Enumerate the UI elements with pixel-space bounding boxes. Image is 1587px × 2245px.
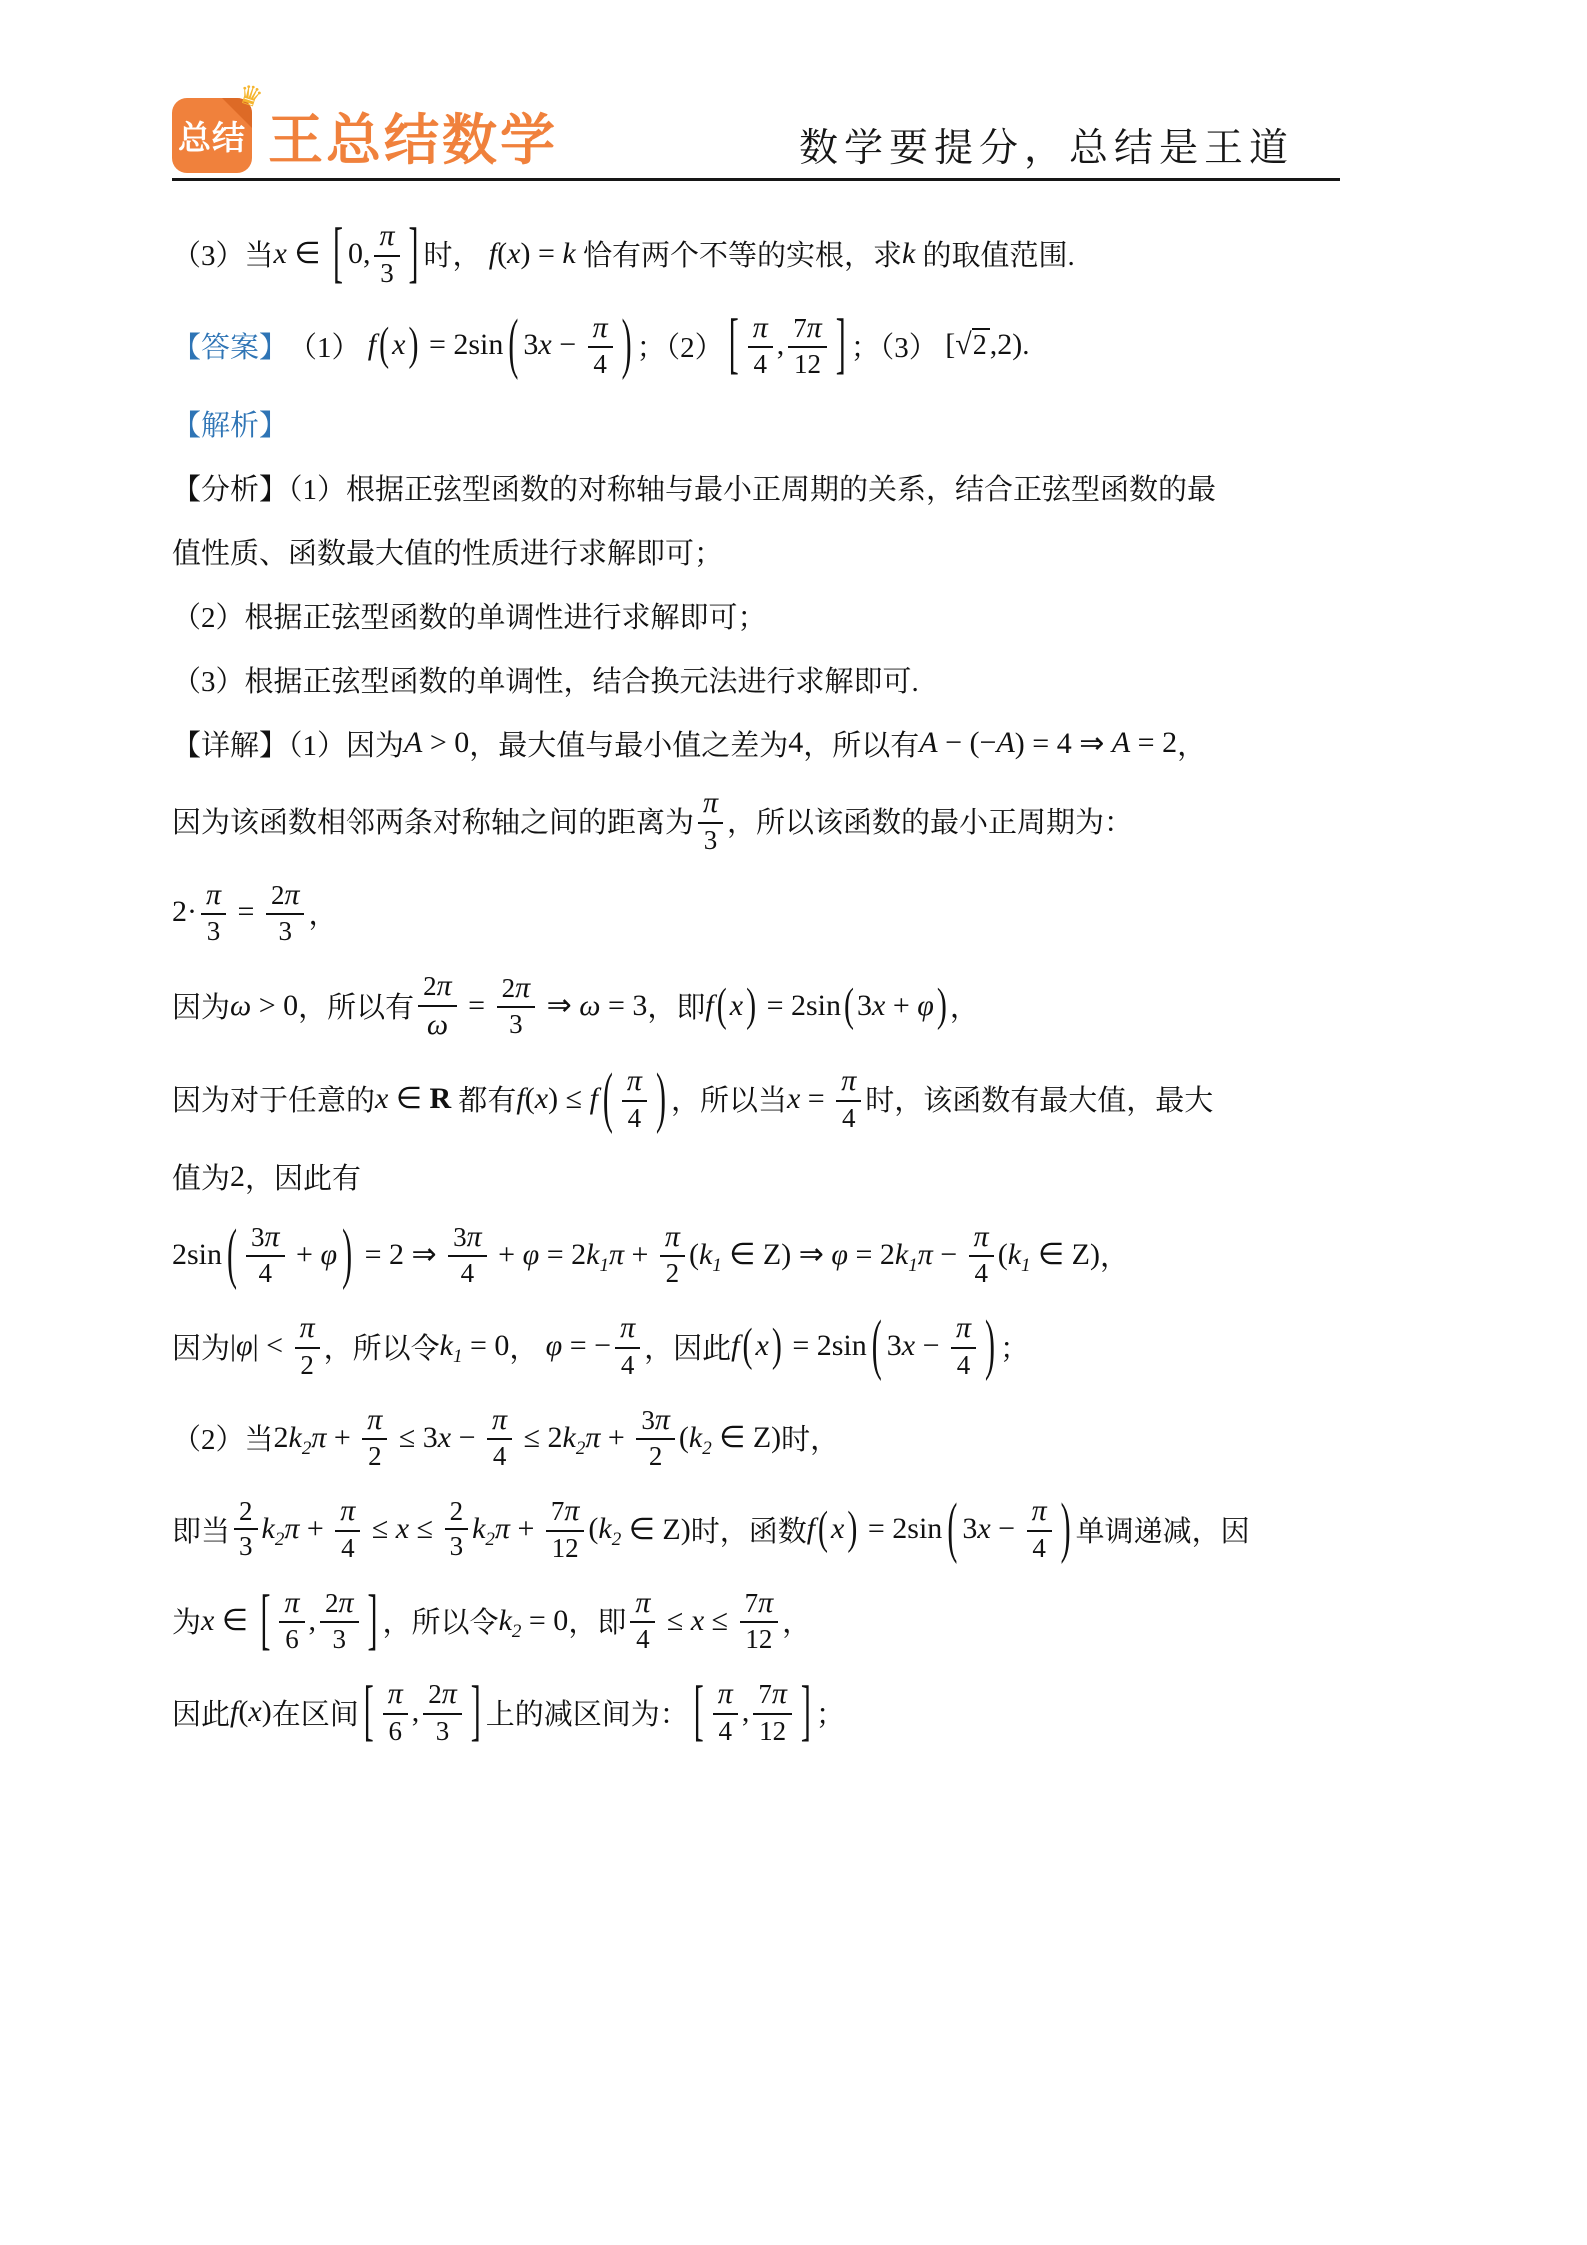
fraction-numerator: π bbox=[748, 311, 773, 349]
math-roman: + bbox=[600, 1421, 632, 1455]
content-line: 因此f(x)在区间[π6,2π3]上的减区间为：[π4,7π12]； bbox=[172, 1677, 1452, 1747]
greek-letter: π bbox=[367, 1403, 382, 1436]
content-line: （3）当x ∈ [0,π3]时， f(x) = k 恰有两个不等的实根，求k 的… bbox=[172, 219, 1452, 289]
math-roman: ⇒ bbox=[539, 988, 579, 1023]
fraction-numerator: π bbox=[588, 311, 613, 349]
page-header: 总结 ♛ 王总结数学 数学要提分，总结是王道 bbox=[172, 96, 1340, 181]
crown-icon: ♛ bbox=[234, 80, 265, 113]
math-roman: ∈ Z) ⇒ bbox=[722, 1237, 832, 1272]
big-bracket: ] bbox=[471, 1674, 481, 1751]
radical-sign: √ bbox=[955, 328, 971, 362]
section-label: 【解析】 bbox=[172, 403, 288, 444]
greek-letter: π bbox=[442, 1677, 457, 1710]
cjk-text: 上的减区间为： bbox=[486, 1692, 689, 1733]
greek-letter: π bbox=[300, 1311, 315, 1344]
content-line: 为x ∈ [π6,2π3]，所以令k2 = 0，即π4 ≤ x ≤ 7π12， bbox=[172, 1586, 1452, 1656]
cjk-text: 时， bbox=[424, 233, 489, 274]
math-italic: k bbox=[499, 1604, 512, 1638]
math-roman: − bbox=[991, 1512, 1023, 1546]
fraction-denominator: 4 bbox=[957, 1349, 971, 1381]
fraction-denominator: 3 bbox=[704, 824, 718, 856]
fraction-denominator: 12 bbox=[759, 1715, 786, 1747]
fraction-denominator: 4 bbox=[593, 348, 607, 380]
math-italic: x bbox=[201, 1604, 214, 1638]
cjk-text: ，因此 bbox=[644, 1326, 731, 1367]
fraction-denominator: 6 bbox=[388, 1715, 402, 1747]
big-bracket: ( bbox=[872, 1308, 882, 1385]
math-roman: ) ≤ bbox=[548, 1082, 589, 1116]
content-line: 【答案】（1） f(x) = 2sin(3x − π4)；（2）[π4,7π12… bbox=[172, 311, 1452, 381]
greek-letter: π bbox=[492, 1403, 507, 1436]
fraction: 7π12 bbox=[788, 311, 827, 381]
math-italic: x bbox=[755, 1329, 768, 1363]
fraction: 3π4 bbox=[448, 1220, 487, 1290]
math-roman: = − bbox=[562, 1329, 611, 1363]
cjk-text: 因为 bbox=[172, 1326, 230, 1367]
document-body: （3）当x ∈ [0,π3]时， f(x) = k 恰有两个不等的实根，求k 的… bbox=[172, 219, 1452, 1747]
cjk-text: ， bbox=[950, 985, 979, 1026]
math-italic: π bbox=[609, 1238, 624, 1272]
big-bracket: ] bbox=[836, 307, 846, 384]
math-italic: φ bbox=[546, 1329, 563, 1363]
math-italic: k bbox=[563, 1421, 576, 1455]
math-roman: ( bbox=[689, 1238, 699, 1272]
fraction-denominator: 2 bbox=[666, 1257, 680, 1289]
cjk-text: 值为 bbox=[172, 1156, 230, 1197]
content-line: 值性质、函数最大值的性质进行求解即可； bbox=[172, 530, 1452, 572]
content-line: 因为ω > 0，所以有2πω = 2π3 ⇒ ω = 3，即f(x) = 2si… bbox=[172, 969, 1452, 1042]
greek-letter: π bbox=[437, 969, 452, 1002]
fraction: 7π12 bbox=[740, 1586, 779, 1656]
cjk-text: ，即 bbox=[568, 1600, 626, 1641]
big-bracket: ( bbox=[844, 979, 854, 1032]
fraction: π4 bbox=[487, 1403, 512, 1473]
greek-letter: π bbox=[467, 1220, 482, 1253]
section-label: 【答案】 bbox=[172, 325, 288, 366]
math-italic: f bbox=[705, 989, 713, 1023]
fraction-denominator: 6 bbox=[285, 1623, 299, 1655]
math-roman: 2· bbox=[172, 895, 197, 929]
big-bracket: ) bbox=[746, 979, 756, 1032]
math-roman: ( bbox=[998, 1238, 1008, 1272]
greek-letter: π bbox=[627, 1064, 642, 1097]
math-roman: ∈ Z) bbox=[621, 1512, 690, 1547]
math-italic: φ bbox=[236, 1329, 253, 1363]
math-italic: A bbox=[404, 726, 422, 760]
fraction-denominator: 4 bbox=[341, 1532, 355, 1564]
fraction-denominator: 4 bbox=[974, 1257, 988, 1289]
fraction-numerator: π bbox=[969, 1220, 994, 1258]
cjk-text: ； bbox=[816, 1692, 845, 1733]
math-italic: k bbox=[586, 1238, 599, 1272]
fraction-denominator: 3 bbox=[278, 915, 292, 947]
big-bracket: ) bbox=[772, 1320, 782, 1373]
fraction-numerator: π bbox=[487, 1403, 512, 1441]
fraction-numerator: 7π bbox=[788, 311, 827, 349]
math-roman: ) = 4 ⇒ bbox=[1015, 726, 1112, 761]
math-roman: ∈ bbox=[388, 1081, 429, 1116]
fraction-numerator: 2 bbox=[445, 1496, 469, 1530]
fraction: π3 bbox=[374, 219, 399, 289]
fraction: 2π3 bbox=[497, 971, 536, 1041]
content-line: 因为该函数相邻两条对称轴之间的距离为π3，所以该函数的最小正周期为： bbox=[172, 786, 1452, 856]
subscript: 2 bbox=[275, 1529, 285, 1551]
math-roman: + bbox=[885, 989, 917, 1023]
math-italic: k bbox=[562, 237, 575, 271]
fraction: π4 bbox=[713, 1677, 738, 1747]
fraction-denominator: 12 bbox=[794, 348, 821, 380]
fraction-numerator: π bbox=[335, 1494, 360, 1532]
math-roman: = 0 bbox=[521, 1604, 568, 1638]
big-bracket: ) bbox=[622, 307, 632, 384]
fraction: 2πω bbox=[418, 969, 457, 1042]
cjk-text: 时，该函数有最大值，最大 bbox=[865, 1078, 1213, 1119]
math-italic: π bbox=[284, 1512, 299, 1546]
math-roman: ,2) bbox=[990, 328, 1023, 362]
math-roman: = 2 bbox=[1130, 726, 1177, 760]
subscript: 2 bbox=[576, 1438, 586, 1460]
math-roman: ( bbox=[679, 1421, 689, 1455]
math-italic: π bbox=[585, 1421, 600, 1455]
fraction-numerator: 2π bbox=[418, 969, 457, 1007]
fraction-denominator: 3 bbox=[333, 1623, 347, 1655]
math-italic: f bbox=[807, 1512, 815, 1546]
greek-letter: π bbox=[515, 971, 530, 1004]
fraction-numerator: π bbox=[660, 1220, 685, 1258]
fraction-numerator: 2π bbox=[266, 878, 305, 916]
fraction-numerator: 7π bbox=[546, 1494, 585, 1532]
math-italic: k bbox=[440, 1329, 453, 1363]
math-italic: x bbox=[438, 1421, 451, 1455]
math-italic: ω bbox=[579, 989, 600, 1023]
math-italic: ω bbox=[230, 989, 251, 1023]
fraction-numerator: π bbox=[630, 1586, 655, 1624]
greek-letter: π bbox=[284, 1586, 299, 1619]
sqrt-expression: √2 bbox=[955, 328, 989, 362]
math-roman: = 2sin bbox=[860, 1512, 942, 1546]
cjk-text: ，所以有 bbox=[298, 985, 414, 1026]
subscript: 2 bbox=[612, 1529, 622, 1551]
greek-letter: π bbox=[807, 311, 822, 344]
math-italic: f bbox=[590, 1082, 598, 1116]
fraction-denominator: 12 bbox=[552, 1532, 579, 1564]
big-bracket: ] bbox=[801, 1674, 811, 1751]
fraction-numerator: 2π bbox=[320, 1586, 359, 1624]
fraction-numerator: 7π bbox=[753, 1677, 792, 1715]
big-bracket: ] bbox=[368, 1582, 378, 1659]
subscript: 2 bbox=[512, 1621, 522, 1643]
fraction-numerator: 3π bbox=[246, 1220, 285, 1258]
fraction: 3π4 bbox=[246, 1220, 285, 1290]
big-bracket: ( bbox=[742, 1320, 752, 1373]
fraction-denominator: 4 bbox=[493, 1440, 507, 1472]
content-line: 因为|φ| < π2，所以令k1 = 0， φ = −π4，因此f(x) = 2… bbox=[172, 1311, 1452, 1381]
fraction: π4 bbox=[951, 1311, 976, 1381]
math-italic: x bbox=[392, 328, 405, 362]
greek-letter: π bbox=[974, 1220, 989, 1253]
math-roman: = bbox=[800, 1082, 832, 1116]
fraction-denominator: 4 bbox=[259, 1257, 273, 1289]
cjk-text: ， bbox=[1177, 723, 1206, 764]
fraction: π4 bbox=[622, 1064, 647, 1134]
math-roman: ≤ 2 bbox=[516, 1421, 562, 1455]
greek-letter: π bbox=[956, 1311, 971, 1344]
subscript: 1 bbox=[1021, 1255, 1031, 1277]
math-roman: + bbox=[299, 1512, 331, 1546]
greek-letter: π bbox=[635, 1586, 650, 1619]
math-italic: k bbox=[262, 1512, 275, 1546]
subscript: 1 bbox=[599, 1255, 609, 1277]
content-line: （2）根据正弦型函数的单调性进行求解即可； bbox=[172, 594, 1452, 636]
greek-letter: π bbox=[772, 1677, 787, 1710]
big-bracket: [ bbox=[260, 1582, 270, 1659]
fraction-denominator: 4 bbox=[753, 348, 767, 380]
cjk-text: ， bbox=[308, 892, 337, 933]
greek-letter: π bbox=[655, 1403, 670, 1436]
cjk-text: ，所以当 bbox=[671, 1078, 787, 1119]
greek-letter: π bbox=[665, 1220, 680, 1253]
greek-letter: π bbox=[1032, 1494, 1047, 1527]
greek-letter: π bbox=[265, 1220, 280, 1253]
math-roman: ( bbox=[525, 1082, 535, 1116]
content-line: 值为2，因此有 bbox=[172, 1156, 1452, 1198]
fraction-numerator: π bbox=[201, 878, 226, 916]
fraction-denominator: 4 bbox=[1032, 1532, 1046, 1564]
fraction: 7π12 bbox=[546, 1494, 585, 1564]
math-italic: π bbox=[495, 1512, 510, 1546]
cjk-text: ，最大值与最小值之差为 bbox=[469, 723, 788, 764]
content-line: 【解析】 bbox=[172, 402, 1452, 444]
math-italic: k bbox=[472, 1512, 485, 1546]
math-bold-set: R bbox=[429, 1082, 451, 1116]
math-roman: 3 bbox=[523, 328, 538, 362]
math-roman: − (− bbox=[938, 726, 997, 760]
math-italic: x bbox=[274, 237, 287, 271]
logo-badge: 总结 ♛ bbox=[172, 98, 252, 173]
fraction-numerator: π bbox=[1027, 1494, 1052, 1532]
big-bracket: ( bbox=[508, 307, 518, 384]
math-italic: A bbox=[996, 726, 1014, 760]
subscript: 1 bbox=[908, 1255, 918, 1277]
math-roman: ( bbox=[588, 1512, 598, 1546]
greek-letter: π bbox=[753, 311, 768, 344]
math-italic: x bbox=[248, 1695, 261, 1729]
math-italic: x bbox=[902, 1329, 915, 1363]
math-italic: π bbox=[311, 1421, 326, 1455]
cjk-text: 时， bbox=[781, 1417, 839, 1458]
fraction-denominator: 3 bbox=[239, 1530, 253, 1562]
greek-letter: π bbox=[339, 1586, 354, 1619]
math-italic: k bbox=[289, 1421, 302, 1455]
math-italic: φ bbox=[917, 989, 934, 1023]
math-roman: , bbox=[309, 1604, 317, 1638]
fraction: 2π3 bbox=[320, 1586, 359, 1656]
big-bracket: ( bbox=[603, 1061, 613, 1138]
math-italic: π bbox=[918, 1238, 933, 1272]
math-roman: ) bbox=[262, 1695, 272, 1729]
fraction: π4 bbox=[615, 1311, 640, 1381]
fraction-numerator: 3π bbox=[636, 1403, 675, 1441]
fraction-numerator: π bbox=[279, 1586, 304, 1624]
math-roman: − bbox=[451, 1421, 483, 1455]
fraction: π4 bbox=[1027, 1494, 1052, 1564]
cjk-text: ；（2） bbox=[637, 325, 724, 366]
fraction-numerator: π bbox=[383, 1677, 408, 1715]
fraction-denominator: 2 bbox=[300, 1349, 314, 1381]
cjk-text: ， bbox=[782, 1600, 811, 1641]
big-bracket: ) bbox=[847, 1503, 857, 1556]
fraction-denominator: 3 bbox=[509, 1008, 523, 1040]
fraction-numerator: π bbox=[615, 1311, 640, 1349]
cjk-text: ； bbox=[1000, 1326, 1029, 1367]
fraction-denominator: 2 bbox=[368, 1440, 382, 1472]
math-roman: + bbox=[510, 1512, 542, 1546]
math-roman: ∈ bbox=[287, 236, 328, 271]
greek-letter: π bbox=[703, 786, 718, 819]
math-roman: 2 bbox=[230, 1160, 245, 1194]
math-roman: ≤ bbox=[704, 1604, 735, 1638]
cjk-text: （1） bbox=[288, 325, 368, 366]
fraction: 2π3 bbox=[266, 878, 305, 948]
greek-letter: π bbox=[284, 878, 299, 911]
math-roman: + bbox=[624, 1238, 656, 1272]
cjk-text: 因为 bbox=[172, 985, 230, 1026]
fraction-denominator: 4 bbox=[842, 1102, 856, 1134]
math-roman: = bbox=[461, 989, 493, 1023]
math-italic: k bbox=[1008, 1238, 1021, 1272]
fraction-denominator: 4 bbox=[636, 1623, 650, 1655]
math-roman: = 2 ⇒ bbox=[357, 1237, 444, 1272]
logo-badge-text: 总结 bbox=[178, 112, 246, 159]
math-italic: f bbox=[516, 1082, 524, 1116]
brand-title: 王总结数学 bbox=[268, 96, 558, 175]
content-line: 因为对于任意的x ∈ R 都有f(x) ≤ f(π4)，所以当x = π4时，该… bbox=[172, 1064, 1452, 1134]
math-roman: ∈ bbox=[214, 1603, 255, 1638]
math-italic: x bbox=[872, 989, 885, 1023]
fraction: 7π12 bbox=[753, 1677, 792, 1747]
math-roman: , bbox=[777, 328, 785, 362]
fraction-numerator: 3π bbox=[448, 1220, 487, 1258]
fraction: π4 bbox=[836, 1064, 861, 1134]
content-line: （3）根据正弦型函数的单调性，结合换元法进行求解即可. bbox=[172, 658, 1452, 700]
math-roman: ∈ Z) bbox=[712, 1420, 781, 1455]
math-roman: ≤ bbox=[409, 1512, 440, 1546]
fraction-denominator: 2 bbox=[649, 1440, 663, 1472]
fraction: π4 bbox=[969, 1220, 994, 1290]
fraction: 3π2 bbox=[636, 1403, 675, 1473]
fraction: 23 bbox=[445, 1496, 469, 1562]
math-roman: − bbox=[915, 1329, 947, 1363]
math-italic: x bbox=[831, 1512, 844, 1546]
math-italic: k bbox=[598, 1512, 611, 1546]
math-roman: ( bbox=[238, 1695, 248, 1729]
cjk-text: 即当 bbox=[172, 1509, 230, 1550]
fraction-denominator: 4 bbox=[719, 1715, 733, 1747]
cjk-text: 在区间 bbox=[272, 1692, 359, 1733]
math-roman: = 0 bbox=[462, 1329, 509, 1363]
fraction: π4 bbox=[630, 1586, 655, 1656]
big-bracket: ) bbox=[656, 1061, 666, 1138]
fraction: π2 bbox=[295, 1311, 320, 1381]
cjk-text: 【分析】（1）根据正弦型函数的对称轴与最小正周期的关系，结合正弦型函数的最 bbox=[172, 467, 1216, 508]
math-italic: k bbox=[895, 1238, 908, 1272]
math-roman: = 2sin bbox=[785, 1329, 867, 1363]
cjk-text: . bbox=[1022, 329, 1029, 362]
math-roman: 4 bbox=[788, 726, 803, 760]
cjk-text: 的取值范围. bbox=[915, 233, 1075, 274]
math-italic: x bbox=[691, 1604, 704, 1638]
greek-letter: π bbox=[718, 1677, 733, 1710]
fraction: π3 bbox=[201, 878, 226, 948]
fraction: π4 bbox=[588, 311, 613, 381]
greek-letter: π bbox=[620, 1311, 635, 1344]
math-italic: k bbox=[902, 237, 915, 271]
big-bracket: [ bbox=[333, 216, 343, 293]
math-italic: x bbox=[730, 989, 743, 1023]
math-roman: ) = bbox=[520, 237, 562, 271]
math-roman: | < bbox=[253, 1329, 291, 1363]
fraction: π2 bbox=[362, 1403, 387, 1473]
math-roman: , bbox=[412, 1695, 420, 1729]
fraction-numerator: π bbox=[836, 1064, 861, 1102]
big-bracket: ( bbox=[227, 1216, 237, 1293]
math-roman: + bbox=[491, 1238, 523, 1272]
cjk-text: ，即 bbox=[647, 985, 705, 1026]
cjk-text: 都有 bbox=[451, 1078, 516, 1119]
fraction-numerator: 2 bbox=[234, 1496, 258, 1530]
cjk-text: 值性质、函数最大值的性质进行求解即可； bbox=[172, 531, 723, 572]
math-roman: > 0 bbox=[422, 726, 469, 760]
math-roman: 3 bbox=[857, 989, 872, 1023]
cjk-text: 因为对于任意的 bbox=[172, 1078, 375, 1119]
fraction-denominator: 4 bbox=[628, 1102, 642, 1134]
math-roman: + bbox=[326, 1421, 358, 1455]
fraction-denominator: 3 bbox=[436, 1715, 450, 1747]
fraction-numerator: π bbox=[713, 1677, 738, 1715]
math-italic: A bbox=[1112, 726, 1130, 760]
cjk-text: ；（3） bbox=[851, 325, 938, 366]
greek-letter: π bbox=[379, 219, 394, 252]
big-bracket: ] bbox=[409, 216, 419, 293]
math-roman: − bbox=[933, 1238, 965, 1272]
logo-badge-square: 总结 bbox=[172, 98, 252, 173]
fraction: π6 bbox=[279, 1586, 304, 1656]
subscript: 1 bbox=[453, 1346, 463, 1368]
cjk-text: （3）根据正弦型函数的单调性，结合换元法进行求解即可. bbox=[172, 659, 919, 700]
greek-letter: π bbox=[206, 878, 221, 911]
cjk-text: ，所以有 bbox=[803, 723, 919, 764]
math-italic: x bbox=[538, 328, 551, 362]
fraction-numerator: π bbox=[295, 1311, 320, 1349]
math-italic: k bbox=[699, 1238, 712, 1272]
math-italic: x bbox=[507, 237, 520, 271]
math-italic: x bbox=[375, 1082, 388, 1116]
big-bracket: [ bbox=[694, 1674, 704, 1751]
math-italic: k bbox=[689, 1421, 702, 1455]
math-roman: 2sin bbox=[172, 1238, 222, 1272]
fraction-denominator: 4 bbox=[621, 1349, 635, 1381]
brand-tagline: 数学要提分，总结是王道 bbox=[799, 117, 1294, 175]
sqrt-value: 2 bbox=[972, 328, 990, 362]
cjk-text: 时，函数 bbox=[691, 1509, 807, 1550]
math-italic: x bbox=[977, 1512, 990, 1546]
big-bracket: ) bbox=[985, 1308, 995, 1385]
cjk-text: （3）当 bbox=[172, 233, 274, 274]
cjk-text: ， bbox=[509, 1326, 545, 1367]
big-bracket: ( bbox=[947, 1491, 957, 1568]
cjk-text: 【详解】（1）因为 bbox=[172, 723, 404, 764]
big-bracket: ( bbox=[818, 1503, 828, 1556]
